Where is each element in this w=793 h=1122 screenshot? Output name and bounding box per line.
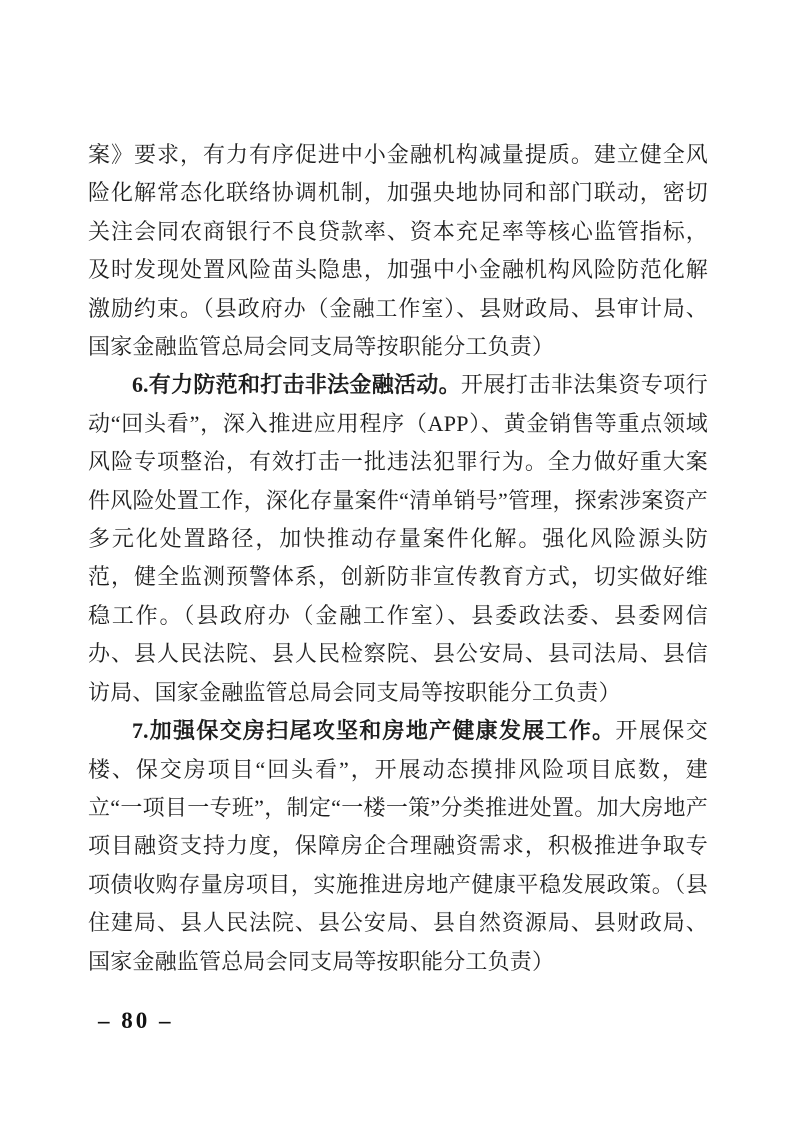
paragraph-item-7: 7.加强保交房扫尾攻坚和房地产健康发展工作。开展保交楼、保交房项目“回头看”，开… <box>88 712 708 981</box>
document-body: 案》要求，有力有序促进中小金融机构减量提质。建立健全风险化解常态化联络协调机制，… <box>88 136 708 981</box>
paragraph-heading: 6.有力防范和打击非法金融活动。 <box>132 372 461 397</box>
page-number: – 80 – <box>98 1008 174 1034</box>
document-page: 案》要求，有力有序促进中小金融机构减量提质。建立健全风险化解常态化联络协调机制，… <box>0 0 793 1122</box>
paragraph-continuation: 案》要求，有力有序促进中小金融机构减量提质。建立健全风险化解常态化联络协调机制，… <box>88 136 708 366</box>
paragraph-item-6: 6.有力防范和打击非法金融活动。开展打击非法集资专项行动“回头看”，深入推进应用… <box>88 366 708 712</box>
paragraph-text: 案》要求，有力有序促进中小金融机构减量提质。建立健全风险化解常态化联络协调机制，… <box>88 142 708 359</box>
paragraph-heading: 7.加强保交房扫尾攻坚和房地产健康发展工作。 <box>132 718 615 743</box>
paragraph-text: 开展保交楼、保交房项目“回头看”，开展动态摸排风险项目底数，建立“一项目一专班”… <box>88 718 708 973</box>
paragraph-text: 开展打击非法集资专项行动“回头看”，深入推进应用程序（APP）、黄金销售等重点领… <box>88 372 708 704</box>
